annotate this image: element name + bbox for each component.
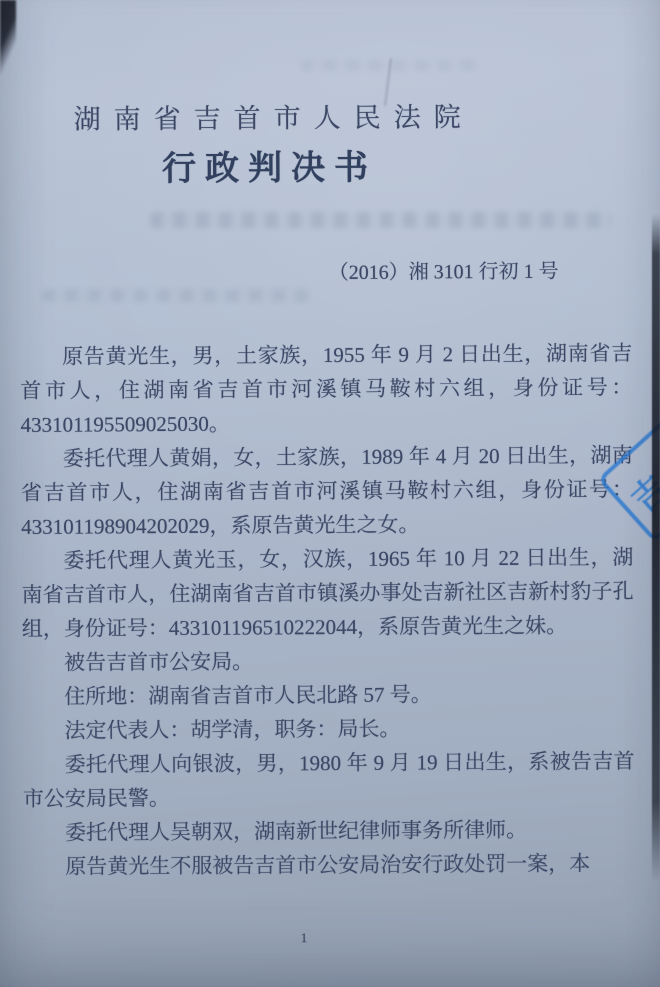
case-number: （2016）湘 3101 行初 1 号	[0, 255, 559, 287]
judgment-paragraph: 委托代理人黄光玉，女，汉族，1965 年 10 月 22 日出生，湖南省吉首市人…	[21, 540, 634, 646]
bleed-through-band	[150, 212, 612, 228]
bleed-through-band	[42, 289, 312, 302]
doc-title: 行政判决书	[162, 140, 377, 190]
court-name: 湖南省吉首市人民法院	[74, 95, 474, 136]
judgment-paragraph: 被告吉首市公安局。	[22, 642, 634, 680]
judgment-body: 原告黄光生，男，土家族，1955 年 9 月 2 日出生，湖南省吉首市人，住湖南…	[20, 336, 635, 884]
judgment-paragraph: 委托代理人向银波，男，1980 年 9 月 19 日出生，系被告吉首市公安局民警…	[23, 744, 635, 816]
judgment-paragraph: 住所地：湖南省吉首市人民北路 57 号。	[22, 676, 634, 714]
judgment-paragraph: 委托代理人黄娟，女，土家族，1989 年 4 月 20 日出生，湖南省吉首市人，…	[21, 438, 634, 544]
paper-sheet: 湖南省吉首市人民法院 行政判决书 （2016）湘 3101 行初 1 号 原告黄…	[0, 0, 660, 987]
judgment-paragraph: 法定代表人：胡学清，职务：局长。	[22, 710, 634, 748]
judgment-paragraph: 原告黄光生，男，土家族，1955 年 9 月 2 日出生，湖南省吉首市人，住湖南…	[20, 336, 633, 442]
document-photo: 湖南省吉首市人民法院 行政判决书 （2016）湘 3101 行初 1 号 原告黄…	[0, 0, 660, 987]
judgment-paragraph: 原告黄光生不服被告吉首市公安局治安行政处罚一案，本	[23, 846, 635, 884]
photo-corner-shadow	[0, 0, 16, 74]
photo-right-edge-shadow	[652, 214, 660, 882]
page-number: 1	[301, 930, 308, 946]
judgment-paragraph: 委托代理人吴朝双，湖南新世纪律师事务所律师。	[23, 812, 635, 850]
